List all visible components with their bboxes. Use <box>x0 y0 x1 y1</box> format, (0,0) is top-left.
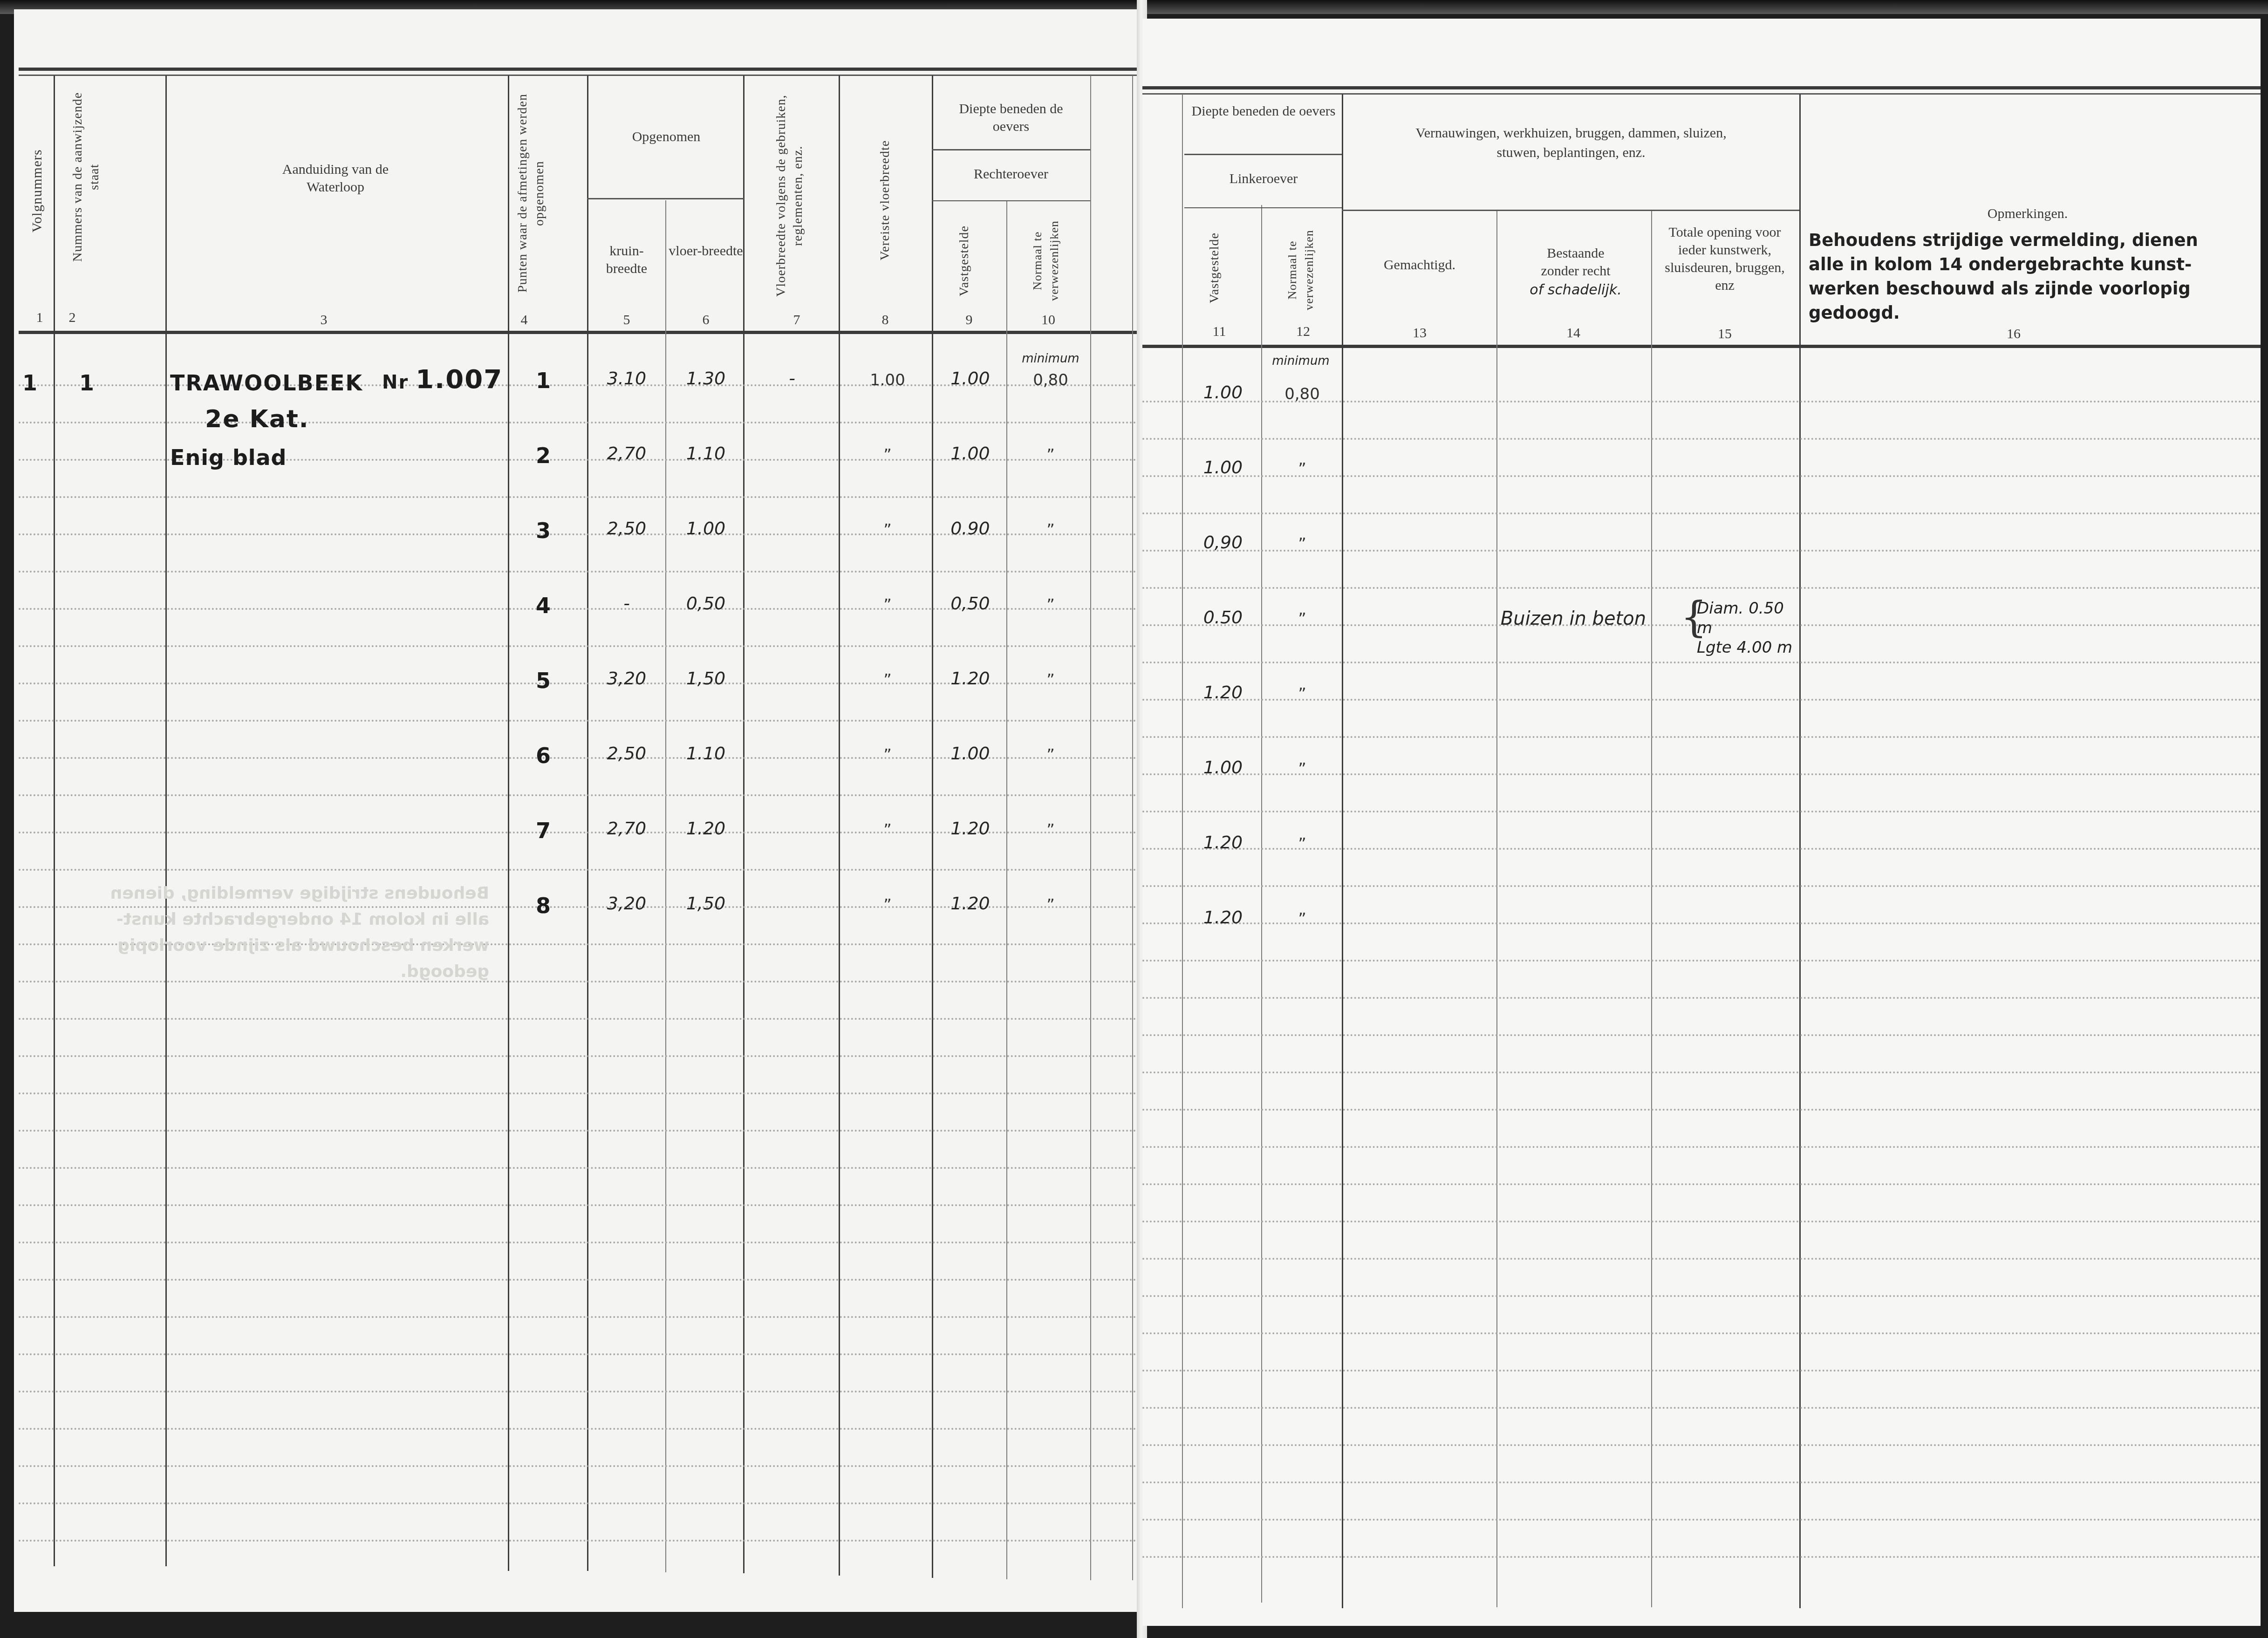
colnum-11: 11 <box>1208 324 1231 340</box>
row-rule <box>19 794 1137 796</box>
waterloop-name: TRAWOOLBEEK <box>170 370 363 396</box>
header-l-normaal: Normaal te verwezenlijken <box>1266 214 1336 326</box>
kruinbreedte-value: 2,70 <box>592 818 662 839</box>
row-rule <box>19 869 1137 871</box>
header-diepte-links: Diepte beneden de oevers <box>1189 102 1338 120</box>
punt-number: 1 <box>536 368 552 393</box>
colnum-8: 8 <box>878 312 892 328</box>
punt-number: 2 <box>536 443 552 468</box>
row-rule <box>1142 1146 2261 1148</box>
row-rule <box>19 1130 1137 1132</box>
colnum-16: 16 <box>2002 326 2025 342</box>
l-normaal-value: ” <box>1263 760 1342 778</box>
r-normaal-value: ” <box>1011 746 1090 764</box>
row-rule <box>19 422 1137 423</box>
colnum-15: 15 <box>1713 326 1736 342</box>
kruinbreedte-value: 2,70 <box>592 443 662 464</box>
r-vastgestelde-value: 1.00 <box>934 443 1006 464</box>
header-gemachtigd: Gemachtigd. <box>1347 256 1492 274</box>
header-vernauwingen: Vernauwingen, werkhuizen, bruggen, damme… <box>1403 123 1739 163</box>
opmerkingen-line-3: werken beschouwd als zijnde voorlopig <box>1809 277 2256 301</box>
vereiste-value: ” <box>843 671 932 689</box>
row-rule <box>19 1242 1137 1243</box>
col-divider <box>1261 205 1262 1603</box>
l-normaal-value: ” <box>1263 910 1342 928</box>
l-normaal-value: ” <box>1263 685 1342 703</box>
row-rule <box>19 645 1137 647</box>
col-divider <box>165 75 167 1566</box>
row-rule <box>1142 512 2261 514</box>
colnum-12: 12 <box>1291 324 1315 340</box>
r-normaal-value: 0,80 <box>1011 371 1090 389</box>
vereiste-value: ” <box>843 821 932 839</box>
row-rule <box>19 1092 1137 1094</box>
header-rechteroever: Rechteroever <box>934 165 1088 183</box>
l-vastgestelde-value: 1.00 <box>1183 457 1263 478</box>
row-rule <box>1142 811 2261 812</box>
col-divider <box>508 75 509 1571</box>
header-diepte-rechts: Diepte beneden de oevers <box>941 100 1081 136</box>
row-rule <box>19 1316 1137 1318</box>
left-page: Volgnummers Nummers van de aanwijzende s… <box>14 9 1141 1612</box>
punt-number: 3 <box>536 518 552 543</box>
vloerbreedte-value: 1.10 <box>669 743 743 764</box>
col-divider <box>665 200 666 1572</box>
colnum-6: 6 <box>699 312 713 328</box>
vernauwingen-subrule <box>1342 210 1799 211</box>
opening-entry: Diam. 0.50 m Lgte 4.00 m <box>1697 599 1799 657</box>
r-normaal-value: ” <box>1011 596 1090 614</box>
colnum-9: 9 <box>962 312 976 328</box>
row-rule <box>19 720 1137 722</box>
row-rule <box>1142 438 2261 440</box>
waterloop-blad: Enig blad <box>170 445 287 470</box>
colnum-5: 5 <box>620 312 634 328</box>
row-rule <box>1142 736 2261 738</box>
row-rule <box>1142 1109 2261 1111</box>
opmerkingen-line-4: gedoogd. <box>1809 301 2256 325</box>
row-rule <box>1142 885 2261 887</box>
colnum-10: 10 <box>1037 312 1060 328</box>
row-rule <box>19 1353 1137 1355</box>
r-normaal-value: ” <box>1011 821 1090 839</box>
linkeroever-subrule <box>1184 207 1342 208</box>
r-normaal-value: ” <box>1011 671 1090 689</box>
right-page: Diepte beneden de oevers Linkeroever Vas… <box>1142 19 2261 1626</box>
opmerkingen-line-2: alle in kolom 14 ondergebrachte kunst- <box>1809 253 2256 277</box>
vereiste-value: ” <box>843 896 932 915</box>
header-totale-opening: Totale opening voor ieder kunstwerk, slu… <box>1660 224 1790 294</box>
row-rule <box>1142 1407 2261 1409</box>
row-rule <box>19 1167 1137 1169</box>
row-rule <box>1142 1072 2261 1073</box>
colnum-7: 7 <box>790 312 804 328</box>
punt-number: 8 <box>536 893 552 918</box>
row-rule <box>19 1540 1137 1542</box>
l-vastgestelde-value: 0.50 <box>1183 607 1263 628</box>
row-rule <box>19 1279 1137 1281</box>
row-rule <box>1142 1034 2261 1036</box>
row-rule <box>19 1204 1137 1206</box>
vereiste-value: ” <box>843 746 932 764</box>
punt-number: 6 <box>536 743 552 768</box>
row-rule <box>19 1465 1137 1467</box>
r-vastgestelde-value: 1.20 <box>934 668 1006 689</box>
waterloop-categorie: 2e Kat. <box>205 405 309 433</box>
l-normaal-value: ” <box>1263 535 1342 553</box>
header-punten: Punten waar de afmetingen werden opgenom… <box>510 79 552 307</box>
l-normaal-value: 0,80 <box>1263 385 1342 403</box>
row-rule <box>1142 997 2261 999</box>
r-vastgestelde-value: 0,50 <box>934 593 1006 614</box>
col-divider <box>1182 94 1183 1608</box>
kruinbreedte-value: 3.10 <box>592 368 662 389</box>
l-normaal-value: ” <box>1263 610 1342 628</box>
header-l-vastgestelde: Vastgestelde <box>1196 219 1233 317</box>
vloerbreedte-gebruiken-value: - <box>750 368 834 389</box>
header-bottom-rule <box>1142 345 2261 348</box>
kruinbreedte-value: 2,50 <box>592 743 662 764</box>
col-divider <box>839 75 840 1576</box>
colnum-4: 4 <box>517 312 531 328</box>
col-divider <box>1496 210 1497 1607</box>
l-normaal-value: ” <box>1263 460 1342 478</box>
row-rule <box>19 1018 1137 1020</box>
opmerkingen-line-1: Behoudens strijdige vermelding, dienen <box>1809 228 2256 253</box>
colnum-14: 14 <box>1562 325 1585 341</box>
header-bestaande-handwritten: of schadelijk. <box>1501 282 1650 298</box>
row-rule <box>1142 1183 2261 1185</box>
row-rule <box>1142 1295 2261 1297</box>
header-top-subrule <box>19 75 1141 76</box>
col-divider <box>1342 94 1343 1608</box>
row-rule <box>1142 960 2261 962</box>
r-vastgestelde-value: 1.20 <box>934 818 1006 839</box>
punt-number: 5 <box>536 668 552 693</box>
header-linkeroever: Linkeroever <box>1187 170 1340 188</box>
col-divider <box>1006 200 1007 1579</box>
header-vereiste-vloerbreedte: Vereiste vloerbreedte <box>867 102 904 298</box>
row-rule <box>1142 1258 2261 1260</box>
minimum-note-col12: minimum <box>1264 354 1338 368</box>
kruinbreedte-value: 3,20 <box>592 668 662 689</box>
r-vastgestelde-value: 1.00 <box>934 743 1006 764</box>
col-divider <box>587 75 588 1571</box>
colnum-2: 2 <box>65 310 79 326</box>
r-vastgestelde-value: 1.20 <box>934 893 1006 914</box>
opening-diameter: Diam. 0.50 m <box>1697 599 1799 638</box>
row-rule <box>19 1502 1137 1504</box>
colnum-13: 13 <box>1408 325 1431 341</box>
vereiste-value: ” <box>843 596 932 614</box>
r-normaal-value: ” <box>1011 896 1090 915</box>
bestaande-entry: Buizen in beton <box>1489 608 1657 629</box>
header-top-subrule <box>1142 93 2261 95</box>
r-normaal-value: ” <box>1011 446 1090 464</box>
punt-number: 7 <box>536 818 552 843</box>
punt-number: 4 <box>536 593 552 618</box>
l-vastgestelde-value: 1.20 <box>1183 682 1263 703</box>
rechteroever-subrule <box>932 200 1090 201</box>
l-vastgestelde-value: 1.20 <box>1183 832 1263 853</box>
header-vloerbreedte-gebruiken: Vloerbreedte volgens de gebruiken, regle… <box>750 84 829 307</box>
vloerbreedte-value: 1,50 <box>669 668 743 689</box>
vloerbreedte-value: 0,50 <box>669 593 743 614</box>
row-rule <box>19 571 1137 573</box>
header-bottom-rule <box>19 331 1141 334</box>
row-rule <box>19 1055 1137 1057</box>
minimum-note-col10: minimum <box>1016 352 1086 366</box>
entry-nummer-staat: 1 <box>79 370 95 396</box>
header-kruinbreedte: kruin-breedte <box>592 242 662 278</box>
header-bestaande: Bestaande zonder recht <box>1529 245 1622 280</box>
col-divider <box>743 75 745 1573</box>
row-rule <box>1142 587 2261 589</box>
waterloop-nr: 1.007 <box>416 364 503 395</box>
row-rule <box>1142 1370 2261 1372</box>
vloerbreedte-value: 1.30 <box>669 368 743 389</box>
row-rule <box>19 1428 1137 1430</box>
l-vastgestelde-value: 0,90 <box>1183 532 1263 553</box>
vloerbreedte-value: 1,50 <box>669 893 743 914</box>
col-divider <box>932 75 933 1578</box>
row-rule <box>19 1391 1137 1392</box>
header-top-rule <box>19 68 1141 71</box>
row-rule <box>1142 1221 2261 1222</box>
row-rule <box>1142 1481 2261 1483</box>
l-normaal-value: ” <box>1263 835 1342 853</box>
colnum-1: 1 <box>33 310 47 326</box>
entry-volgnummer: 1 <box>22 370 38 396</box>
opgenomen-subrule <box>587 198 744 199</box>
row-rule <box>1142 1519 2261 1521</box>
header-r-vastgestelde: Vastgestelde <box>946 214 983 307</box>
r-vastgestelde-value: 0.90 <box>934 518 1006 539</box>
vloerbreedte-value: 1.10 <box>669 443 743 464</box>
header-aanduiding-waterloop: Aanduiding van de Waterloop <box>275 161 396 196</box>
kruinbreedte-value: - <box>592 593 662 614</box>
diepte-subrule <box>1184 154 1342 155</box>
header-opmerkingen: Opmerkingen. <box>1934 205 2121 223</box>
colnum-3: 3 <box>317 312 331 328</box>
r-vastgestelde-value: 1.00 <box>934 368 1006 389</box>
vereiste-value: ” <box>843 446 932 464</box>
header-vloerbreedte: vloer-breedte <box>669 242 743 260</box>
opmerkingen-text: Behoudens strijdige vermelding, dienen a… <box>1809 228 2256 325</box>
header-opgenomen: Opgenomen <box>589 128 743 146</box>
kruinbreedte-value: 3,20 <box>592 893 662 914</box>
l-vastgestelde-value: 1.00 <box>1183 382 1263 403</box>
vereiste-value: 1.00 <box>843 371 932 389</box>
row-rule <box>19 496 1137 498</box>
header-nummers-staat: Nummers van de aanwijzende staat <box>65 79 107 275</box>
waterloop-nr-prefix: Nr <box>382 372 409 393</box>
col-divider <box>1651 210 1652 1607</box>
l-vastgestelde-value: 1.20 <box>1183 907 1263 928</box>
header-r-normaal: Normaal te verwezenlijken <box>1011 205 1081 317</box>
header-volgnummers: Volgnummers <box>23 102 51 280</box>
opening-lengte: Lgte 4.00 m <box>1697 638 1799 657</box>
vloerbreedte-value: 1.20 <box>669 818 743 839</box>
col-divider <box>1799 94 1801 1608</box>
r-normaal-value: ” <box>1011 521 1090 539</box>
row-rule <box>1142 662 2261 663</box>
header-top-rule <box>1142 86 2261 89</box>
col-divider <box>54 75 55 1566</box>
bleed-through-text: Behoudens strijdige vermelding, dienenal… <box>23 880 489 985</box>
row-rule <box>1142 1332 2261 1334</box>
l-vastgestelde-value: 1.00 <box>1183 757 1263 778</box>
diepte-subrule <box>932 149 1090 150</box>
row-rule <box>1142 1556 2261 1558</box>
vloerbreedte-value: 1.00 <box>669 518 743 539</box>
vereiste-value: ” <box>843 521 932 539</box>
row-rule <box>1142 1444 2261 1446</box>
kruinbreedte-value: 2,50 <box>592 518 662 539</box>
